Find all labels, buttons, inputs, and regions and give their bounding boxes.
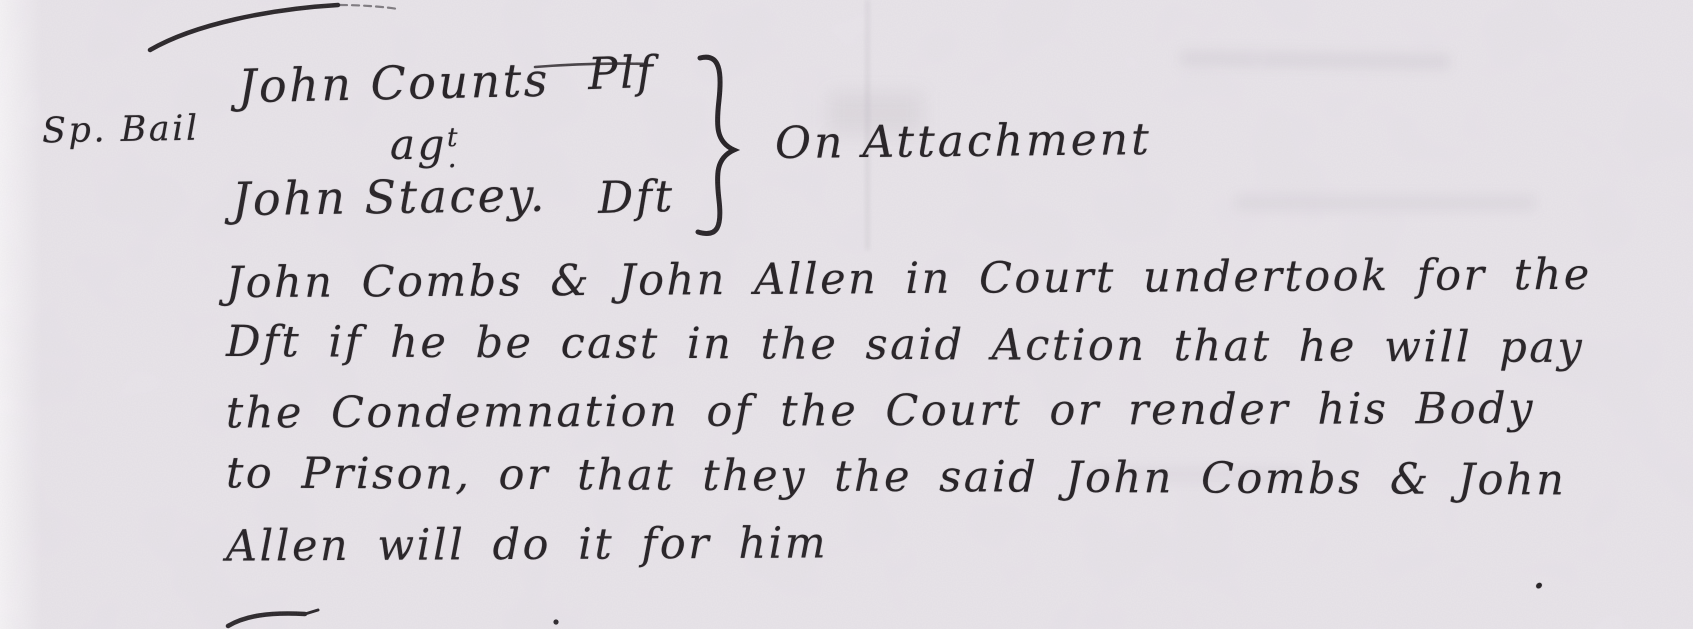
versus-superscript: t. [447, 131, 460, 171]
trailing-period: . [1532, 548, 1549, 599]
ink-bleedthrough-smudge [1180, 50, 1450, 70]
case-type-note: On Attachment [775, 114, 1152, 169]
defendant-name: John Stacey. [232, 168, 548, 226]
cutoff-strokes [0, 592, 900, 629]
plaintiff-abbreviation: Plf [587, 47, 656, 100]
plaintiff-name: John Counts [237, 53, 550, 114]
curly-brace [686, 50, 746, 240]
body-line: Dft if he be cast in the said Action tha… [226, 317, 1592, 389]
body-line: Allen will do it for him [226, 514, 1592, 587]
margin-note-sp-bail: Sp. Bail [42, 109, 200, 152]
document-page: Sp. Bail John Counts Plf agt. John Stace… [0, 0, 1693, 629]
body-line: John Combs & John Allen in Court underto… [226, 250, 1592, 324]
body-paragraph: John Combs & John Allen in Court underto… [226, 254, 1592, 584]
versus-base: ag [390, 120, 447, 169]
pen-stroke [533, 60, 653, 72]
ink-bleedthrough-smudge [1235, 196, 1535, 210]
flourish-stroke [140, 0, 410, 60]
body-line: the Condemnation of the Court or render … [226, 384, 1592, 455]
body-line: to Prison, or that they the said John Co… [226, 448, 1592, 521]
defendant-abbreviation: Dft [597, 171, 675, 224]
